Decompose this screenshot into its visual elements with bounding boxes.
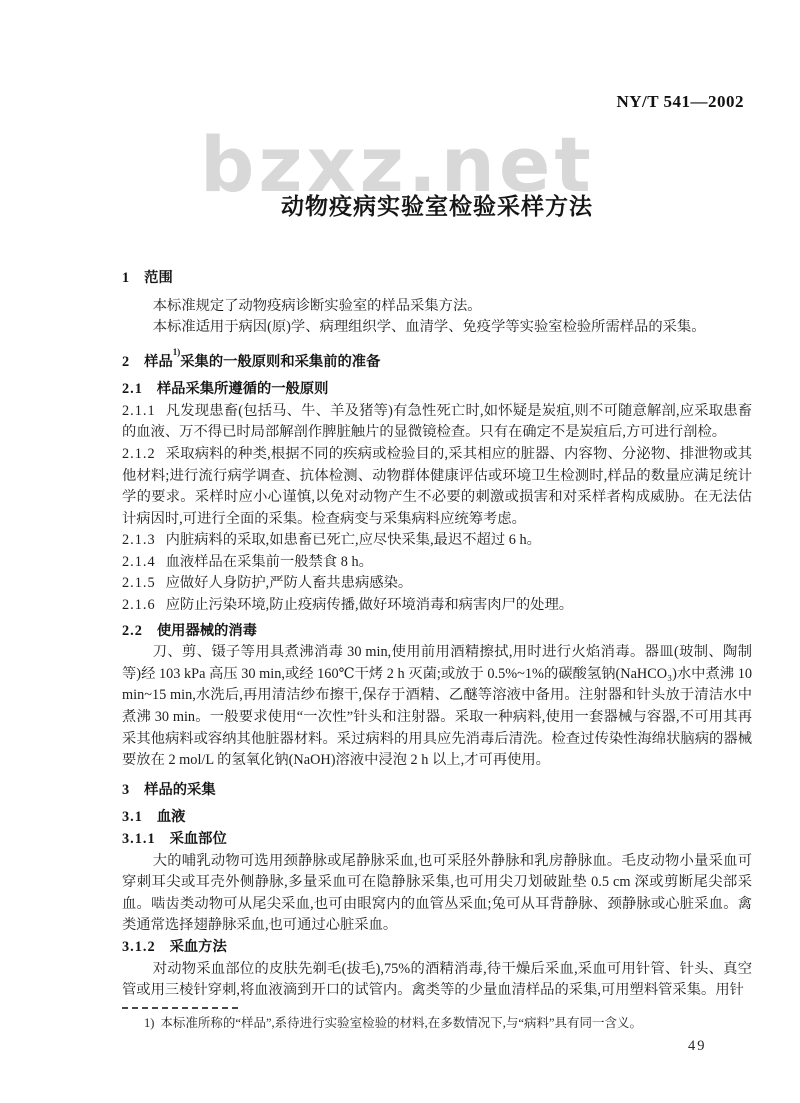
clause-text: 血液样品在采集前一般禁食 8 h。: [166, 554, 373, 570]
footnote: 1)本标准所称的“样品”,系待进行实验室检验的材料,在多数情况下,与“病料”具有…: [122, 1014, 752, 1033]
clause-number: 2.1.2: [122, 446, 156, 462]
section-heading-2.1: 2.1样品采集所遵循的一般原则: [122, 379, 752, 401]
section-heading-1: 1范围: [122, 268, 752, 290]
clause-number: 2.1.1: [122, 403, 156, 419]
clause-2.1.3: 2.1.3内脏病料的采取,如患畜已死亡,应尽快采集,最迟不超过 6 h。: [122, 530, 752, 552]
section-number: 3.1: [122, 809, 143, 825]
paragraph-text: 大的哺乳动物可选用颈静脉或尾静脉采血,也可采胫外静脉和乳房静脉血。毛皮动物小量采…: [122, 853, 752, 934]
body-paragraph: 对动物采血部位的皮肤先剃毛(拔毛),75%的酒精消毒,待干燥后采血,采血可用针管…: [122, 959, 752, 1002]
footnote-marker: 1): [144, 1016, 154, 1030]
body-paragraph: 刀、剪、镊子等用具煮沸消毒 30 min,使用前用酒精擦拭,用时进行火焰消毒。器…: [122, 642, 752, 772]
clause-2.1.2: 2.1.2采取病料的种类,根据不同的疾病或检验目的,采其相应的脏器、内容物、分泌…: [122, 444, 752, 530]
section-number: 3.1.1: [122, 831, 156, 847]
heading-text: 样品采集所遵循的一般原则: [157, 381, 329, 397]
body-paragraph: 本标准适用于病因(原)学、病理组织学、血清学、免疫学等实验室检验所需样品的采集。: [122, 317, 752, 339]
heading-text: 使用器械的消毒: [157, 623, 257, 639]
heading-text: 血液: [157, 809, 186, 825]
body-paragraph: 大的哺乳动物可选用颈静脉或尾静脉采血,也可采胫外静脉和乳房静脉血。毛皮动物小量采…: [122, 851, 752, 937]
section-number: 2: [122, 354, 130, 370]
paragraph-text: 本标准适用于病因(原)学、病理组织学、血清学、免疫学等实验室检验所需样品的采集。: [153, 319, 706, 335]
clause-2.1.4: 2.1.4血液样品在采集前一般禁食 8 h。: [122, 552, 752, 574]
clause-number: 2.1.5: [122, 575, 156, 591]
section-number: 3.1.2: [122, 939, 156, 955]
scanned-document-page: NY/T 541—2002 bzxz.net 动物疫病实验室检验采样方法 1范围…: [0, 0, 800, 1103]
section-heading-2.2: 2.2使用器械的消毒: [122, 621, 752, 643]
heading-text: 采集的一般原则和采集前的准备: [180, 354, 380, 370]
clause-2.1.6: 2.1.6应防止污染环境,防止疫病传播,做好环境消毒和病害肉尸的处理。: [122, 595, 752, 617]
heading-text: 样品: [144, 354, 173, 370]
heading-text: 范围: [144, 270, 173, 286]
footnote-separator: [122, 1007, 238, 1009]
clause-2.1.1: 2.1.1凡发现患畜(包括马、牛、羊及猪等)有急性死亡时,如怀疑是炭疽,则不可随…: [122, 401, 752, 444]
heading-text: 采血部位: [170, 831, 227, 847]
clause-text: 内脏病料的采取,如患畜已死亡,应尽快采集,最迟不超过 6 h。: [166, 532, 541, 548]
footnote-reference: 1): [173, 347, 181, 357]
clause-number: 2.1.3: [122, 532, 156, 548]
paragraph-text: 刀、剪、镊子等用具煮沸消毒 30 min,使用前用酒精擦拭,用时进行火焰消毒。器…: [122, 644, 752, 768]
body-paragraph: 本标准规定了动物疫病诊断实验室的样品采集方法。: [122, 296, 752, 318]
clause-text: 凡发现患畜(包括马、牛、羊及猪等)有急性死亡时,如怀疑是炭疽,则不可随意解剖,应…: [122, 403, 752, 441]
paragraph-text: 本标准规定了动物疫病诊断实验室的样品采集方法。: [153, 298, 482, 314]
standard-code: NY/T 541—2002: [616, 92, 744, 112]
paragraph-text: 对动物采血部位的皮肤先剃毛(拔毛),75%的酒精消毒,待干燥后采血,采血可用针管…: [122, 961, 752, 999]
section-heading-2: 2样品1)采集的一般原则和采集前的准备: [122, 347, 752, 373]
document-title: 动物疫病实验室检验采样方法: [122, 188, 752, 221]
clause-text: 应做好人身防护,严防人畜共患病感染。: [166, 575, 413, 591]
section-number: 3: [122, 782, 130, 798]
section-heading-3.1.2: 3.1.2采血方法: [122, 937, 752, 959]
clause-number: 2.1.4: [122, 554, 156, 570]
section-number: 2.2: [122, 623, 143, 639]
section-heading-3: 3样品的采集: [122, 780, 752, 802]
heading-text: 样品的采集: [144, 782, 215, 798]
clause-2.1.5: 2.1.5应做好人身防护,严防人畜共患病感染。: [122, 573, 752, 595]
heading-text: 采血方法: [170, 939, 227, 955]
section-number: 2.1: [122, 381, 143, 397]
page-number: 49: [688, 1038, 707, 1055]
clause-text: 采取病料的种类,根据不同的疾病或检验目的,采其相应的脏器、内容物、分泌物、排泄物…: [122, 446, 752, 527]
document-body: 1范围本标准规定了动物疫病诊断实验室的样品采集方法。本标准适用于病因(原)学、病…: [122, 268, 752, 1033]
section-number: 1: [122, 270, 130, 286]
section-heading-3.1.1: 3.1.1采血部位: [122, 829, 752, 851]
clause-text: 应防止污染环境,防止疫病传播,做好环境消毒和病害肉尸的处理。: [166, 597, 573, 613]
section-heading-3.1: 3.1血液: [122, 807, 752, 829]
footnote-text: 本标准所称的“样品”,系待进行实验室检验的材料,在多数情况下,与“病料”具有同一…: [160, 1016, 642, 1030]
clause-number: 2.1.6: [122, 597, 156, 613]
